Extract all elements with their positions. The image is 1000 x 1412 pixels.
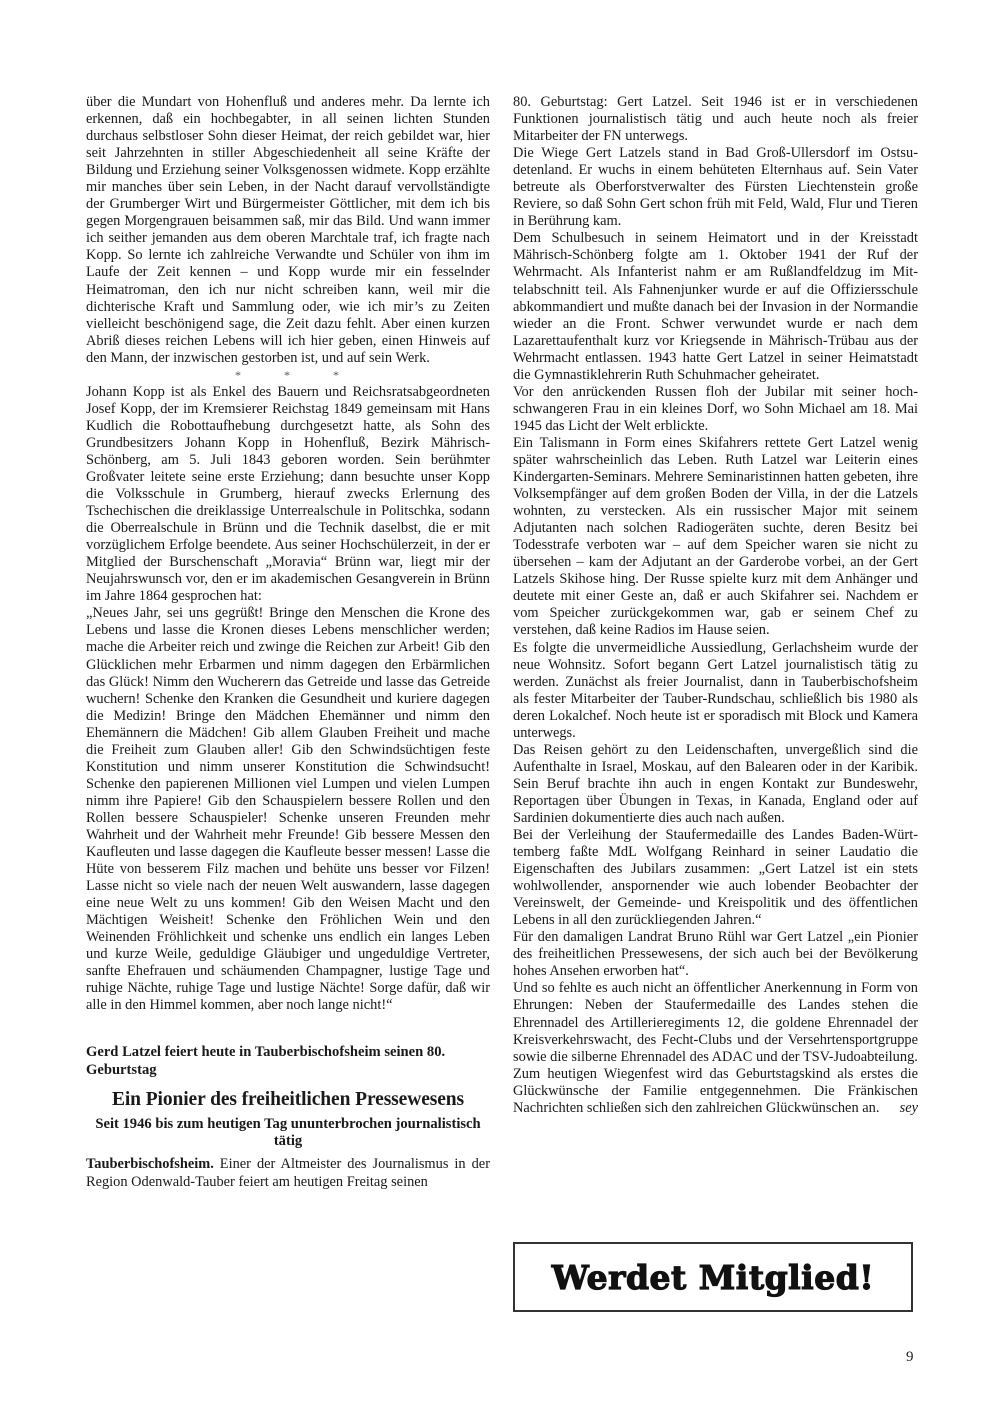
paragraph-honours: Und so fehlte es auch nicht an öffentlic… bbox=[513, 980, 918, 1065]
paragraph-biography: Johann Kopp ist als Enkel des Bauern und… bbox=[86, 384, 490, 606]
paragraph-origin: Die Wiege Gert Latzels stand in Bad Groß… bbox=[513, 145, 918, 230]
paragraph-landrat-quote: Für den damaligen Landrat Bruno Rühl war… bbox=[513, 929, 918, 980]
article-lead: Tauberbischofsheim. Einer der Altmeister… bbox=[86, 1156, 490, 1190]
advert-text: Werdet Mitglied! bbox=[552, 1258, 875, 1297]
author-signature: sey bbox=[900, 1100, 918, 1117]
paragraph-new-year-wish: „Neues Jahr, sei uns gegrüßt! Bringe den… bbox=[86, 605, 490, 1014]
paragraph-staufer-medal: Bei der Verleihung der Staufermedaille d… bbox=[513, 827, 918, 929]
paragraph-intro: 80. Geburtstag: Gert Latzel. Seit 1946 i… bbox=[513, 94, 918, 145]
paragraph-talisman: Ein Talismann in Form eines Skifahrers r… bbox=[513, 435, 918, 640]
paragraph-closing: Zum heutigen Wiegenfest wird das Geburts… bbox=[513, 1066, 918, 1117]
paragraph-resettlement: Es folgte die unvermeidliche Aussiedlung… bbox=[513, 640, 918, 742]
right-column: 80. Geburtstag: Gert Latzel. Seit 1946 i… bbox=[513, 94, 918, 1117]
paragraph-military: Dem Schulbesuch in seinem Heimatort und … bbox=[513, 230, 918, 383]
closing-text: Zum heutigen Wiegenfest wird das Geburts… bbox=[513, 1066, 918, 1116]
paragraph-travel: Das Reisen gehört zu den Leidenschaften,… bbox=[513, 742, 918, 827]
article-kicker: Gerd Latzel feiert heute in Tauberbischo… bbox=[86, 1044, 490, 1079]
section-separator: * * * bbox=[86, 367, 490, 384]
left-column: über die Mundart von Hohenfluß und ander… bbox=[86, 94, 490, 1191]
membership-advert: Werdet Mitglied! bbox=[513, 1242, 913, 1312]
page-number: 9 bbox=[906, 1349, 914, 1366]
paragraph-mundart: über die Mundart von Hohenfluß und ander… bbox=[86, 94, 490, 367]
paragraph-flight: Vor den anrückenden Russen floh der Jubi… bbox=[513, 384, 918, 435]
article-headline: Ein Pionier des freiheitlichen Pressewes… bbox=[86, 1088, 490, 1112]
article-subhead: Seit 1946 bis zum heutigen Tag ununterbr… bbox=[86, 1116, 490, 1150]
article-dateline: Tauberbischofsheim. bbox=[86, 1156, 214, 1172]
